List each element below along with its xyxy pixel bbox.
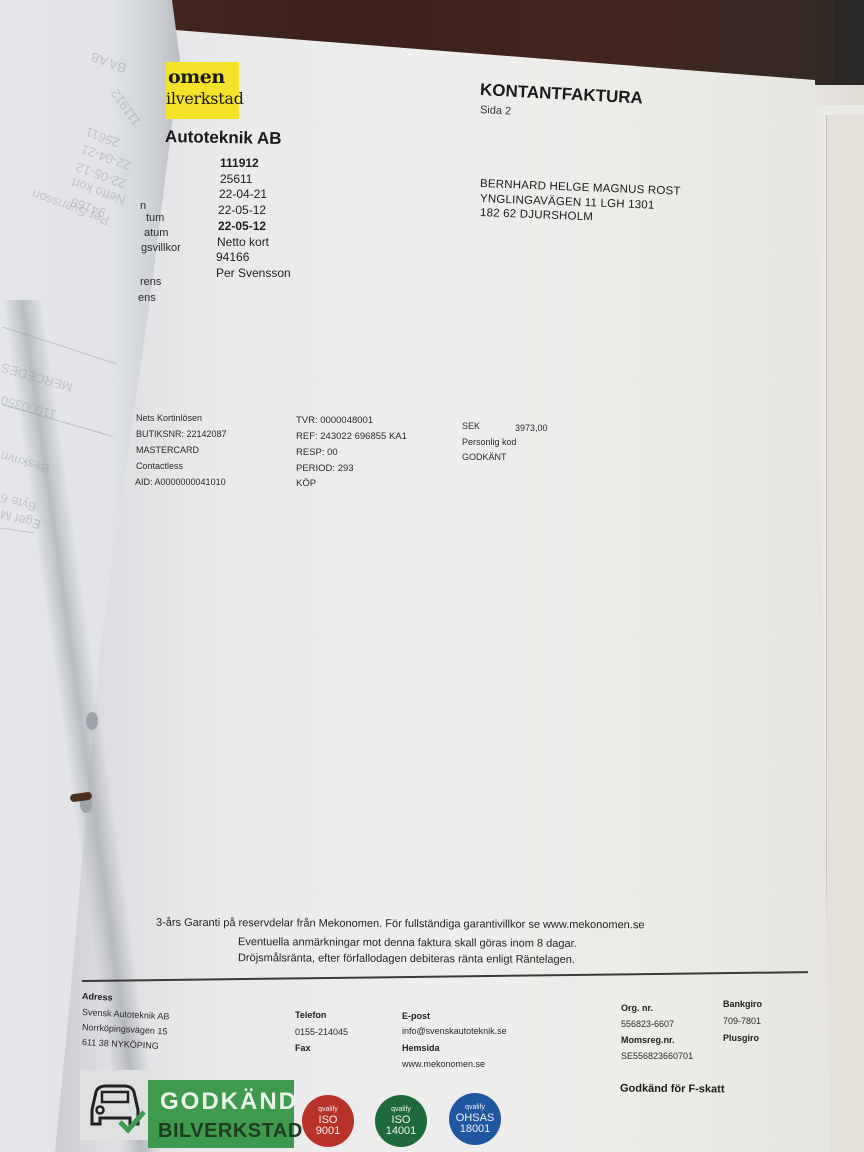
cert-name: OHSAS xyxy=(456,1113,495,1124)
cert-number: 9001 xyxy=(316,1126,340,1137)
meta-label: n xyxy=(140,200,146,212)
f-skatt-approval: Godkänd för F-skatt xyxy=(620,1083,725,1096)
iso-9001-badge: qvalify ISO 9001 xyxy=(302,1095,354,1147)
cert-brand: qvalify xyxy=(318,1106,338,1113)
verification-method: Personlig kod xyxy=(462,437,517,447)
phone-label: Telefon xyxy=(295,1010,326,1020)
company-name: Autoteknik AB xyxy=(165,127,282,149)
website-label: Hemsida xyxy=(402,1043,440,1053)
card-line: KÖP xyxy=(296,478,316,489)
payment-status: GODKÄNT xyxy=(462,452,507,462)
mekonomen-logo: omen ilverkstad xyxy=(166,62,239,119)
meta-label: rens xyxy=(140,276,161,288)
cert-brand: qvalify xyxy=(465,1104,485,1111)
approved-text: GODKÄND xyxy=(160,1088,298,1116)
vat-nr-value: SE556823660701 xyxy=(621,1051,693,1061)
logo-text-1: omen xyxy=(168,66,225,88)
card-line: MASTERCARD xyxy=(136,445,199,455)
website-link[interactable]: www.mekonomen.se xyxy=(402,1059,485,1069)
amount-paid: 3973,00 xyxy=(515,423,548,433)
org-nr-value: 556823-6607 xyxy=(621,1019,674,1029)
payment-terms: Netto kort xyxy=(217,235,269,249)
iso-14001-badge: qvalify ISO 14001 xyxy=(375,1095,427,1147)
car-check-icon xyxy=(80,1070,150,1140)
invoice-date: 22-05-12 xyxy=(218,203,266,217)
card-line: AID: A0000000041010 xyxy=(135,477,226,487)
meta-label: ens xyxy=(138,292,156,304)
approved-workshop-badge: GODKÄND BILVERKSTAD xyxy=(148,1080,294,1148)
card-line: Nets Kortinlösen xyxy=(136,413,202,423)
workshop-text: BILVERKSTAD xyxy=(158,1120,303,1143)
card-line: Contactless xyxy=(136,461,183,471)
order-date: 22-04-21 xyxy=(219,187,267,201)
cert-brand: qvalify xyxy=(391,1106,411,1113)
card-line: BUTIKSNR: 22142087 xyxy=(136,429,227,439)
reference-number: 94166 xyxy=(216,250,249,264)
meta-label: gsvillkor xyxy=(141,242,181,254)
phone-number: 0155-214045 xyxy=(295,1027,348,1037)
cert-name: ISO xyxy=(392,1115,411,1126)
cert-name: ISO xyxy=(319,1115,338,1126)
email-link[interactable]: info@svenskautoteknik.se xyxy=(402,1026,507,1036)
meta-label: tum xyxy=(146,212,164,224)
cert-number: 18001 xyxy=(460,1124,491,1135)
fax-label: Fax xyxy=(295,1043,311,1053)
invoice-number: 111912 xyxy=(220,156,259,170)
plusgiro-label: Plusgiro xyxy=(723,1033,759,1043)
logo-text-2: ilverkstad xyxy=(166,89,244,108)
card-line: REF: 243022 696855 KA1 xyxy=(296,431,407,442)
warranty-note: 3-års Garanti på reservdelar från Mekono… xyxy=(156,917,645,932)
our-reference: Per Svensson xyxy=(216,266,291,280)
card-line: RESP: 00 xyxy=(296,447,338,458)
card-line: TVR: 0000048001 xyxy=(296,415,373,426)
ohsas-18001-badge: qvalify OHSAS 18001 xyxy=(449,1093,501,1145)
interest-note: Dröjsmålsränta, efter förfallodagen debi… xyxy=(238,952,575,966)
address-label: Adress xyxy=(82,991,113,1003)
punch-hole xyxy=(86,712,98,730)
cert-number: 14001 xyxy=(386,1126,417,1137)
customer-number: 25611 xyxy=(220,172,252,186)
org-nr-label: Org. nr. xyxy=(621,1003,653,1013)
card-line: PERIOD: 293 xyxy=(296,463,354,474)
bankgiro-value: 709-7801 xyxy=(723,1016,761,1026)
page-indicator: Sida 2 xyxy=(480,104,512,118)
due-date: 22-05-12 xyxy=(218,219,266,233)
complaints-note: Eventuella anmärkningar mot denna faktur… xyxy=(238,936,577,950)
email-label: E-post xyxy=(402,1011,430,1021)
bankgiro-label: Bankgiro xyxy=(723,999,762,1009)
meta-label: atum xyxy=(144,227,168,239)
currency: SEK xyxy=(462,421,480,431)
vat-nr-label: Momsreg.nr. xyxy=(621,1035,675,1045)
